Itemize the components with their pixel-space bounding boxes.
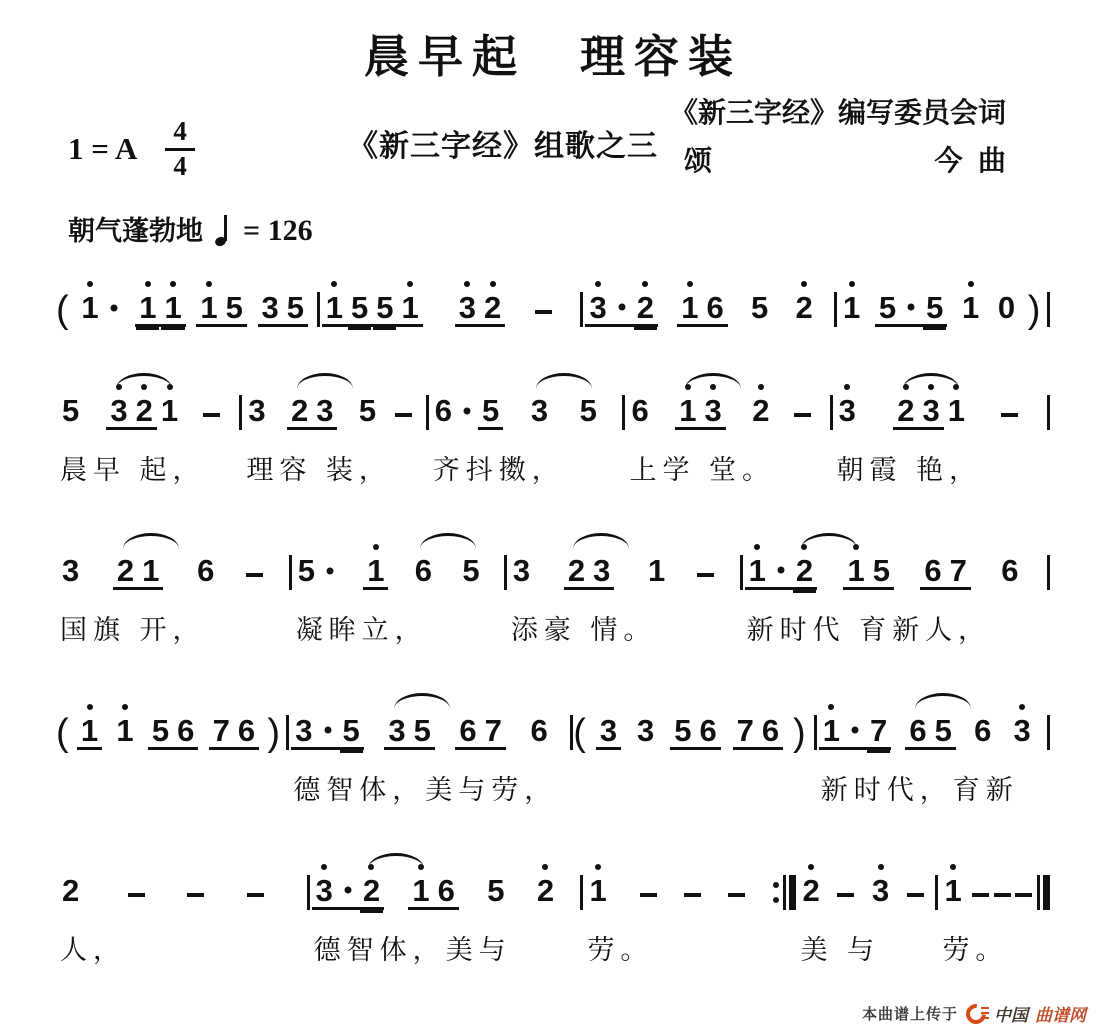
note: 7 <box>866 715 891 750</box>
note: 6 <box>997 555 1022 590</box>
note-group: 3 <box>1010 715 1035 750</box>
lyric-text: 理容 装， <box>242 448 428 487</box>
note-group: 2 <box>533 875 558 910</box>
note-group: 65 <box>431 395 504 430</box>
credits: 《新三字经》编写委员会词 颂 今 曲 <box>670 91 1050 179</box>
measure: (335676) <box>573 715 816 807</box>
note: 3 <box>58 555 83 590</box>
measure: 5321晨早 起， <box>56 395 242 487</box>
note: 5 <box>869 555 894 590</box>
note-group: 11 <box>135 292 186 327</box>
note: 1 <box>196 292 221 327</box>
note: 6 <box>173 715 198 750</box>
lyric-text <box>573 768 816 804</box>
note: 2 <box>798 875 823 910</box>
tempo-bpm: = 126 <box>243 214 313 248</box>
site-logo-icon <box>965 1003 987 1025</box>
note: 3 <box>585 292 610 327</box>
note: 2 <box>287 395 312 430</box>
site-name-dark: 中国 <box>994 1001 1028 1026</box>
key-time-signature: 1 = A 4 4 <box>68 117 195 181</box>
note: 6 <box>695 715 720 750</box>
lyric-text: 添豪 情。 <box>507 608 743 647</box>
note: 1 <box>958 292 983 327</box>
notes-row: 3235 <box>242 395 428 430</box>
note-group: 67 <box>920 555 971 590</box>
note: 2 <box>132 395 157 430</box>
notes-row: (115676) <box>56 715 289 750</box>
note-group: 16 <box>677 292 728 327</box>
note: 3 <box>589 555 614 590</box>
notation-line: 3216国旗 开，5165凝眸立，3231添豪 情。1215676新时代 育新人… <box>56 555 1050 647</box>
note-group: 3 <box>868 875 893 910</box>
note: 3 <box>312 395 337 430</box>
note: 7 <box>481 715 506 750</box>
note-group: 5 <box>355 395 380 430</box>
note-group: 231 <box>893 395 969 430</box>
note-group: 23 <box>287 395 338 430</box>
note-group: 15 <box>196 292 247 327</box>
note: 5 <box>372 292 397 327</box>
measure: 23美 与 <box>796 875 938 967</box>
note: 3 <box>244 395 269 430</box>
note-group: 5 <box>294 555 341 590</box>
duration-dash <box>246 573 263 578</box>
note: 6 <box>702 292 727 327</box>
slur-arc <box>123 533 179 549</box>
note-group: 35 <box>258 292 309 327</box>
note: 5 <box>58 395 83 430</box>
lyric-text: 劳。 <box>938 928 1050 967</box>
note-group: 65 <box>905 715 956 750</box>
tempo-mood-text: 朝气蓬勃地 <box>68 209 203 248</box>
note: 1 <box>940 875 965 910</box>
note-group: 1 <box>958 292 983 327</box>
note: 2 <box>480 292 505 327</box>
note: 6 <box>758 715 783 750</box>
composer-credit: 颂 今 曲 <box>670 131 1050 179</box>
note-group: 23 <box>564 555 615 590</box>
measure: 3216国旗 开， <box>56 555 292 647</box>
notes-row: 321652 <box>310 875 584 910</box>
note: 6 <box>411 555 436 590</box>
parenthesis: ( <box>56 294 69 327</box>
slur-arc <box>297 373 353 389</box>
note: 1 <box>585 875 610 910</box>
slur-arc <box>536 373 592 389</box>
lyric-text: 上学 堂。 <box>625 448 832 487</box>
note: 6 <box>234 715 259 750</box>
note: 1 <box>77 292 102 327</box>
note-group: 56 <box>148 715 199 750</box>
note-group: 5 <box>576 395 601 430</box>
parenthesis: ) <box>793 717 806 750</box>
note: 2 <box>748 395 773 430</box>
slur-arc <box>573 533 629 549</box>
duration-dash <box>728 893 745 898</box>
note-group: 76 <box>733 715 784 750</box>
note: 1 <box>135 292 160 327</box>
lyric-text: 国旗 开， <box>56 608 292 647</box>
lyric-text: 凝眸立， <box>292 608 507 647</box>
note: 1 <box>839 292 864 327</box>
note-group: 3 <box>244 395 269 430</box>
score-sheet: 晨早起 理容装 1 = A 4 4 《新三字经》组歌之三 《新三字经》编写委员会… <box>0 0 1100 967</box>
note: 1 <box>675 395 700 430</box>
final-barline <box>1037 875 1050 910</box>
lyric-text: 新时代 育新人， <box>743 608 1050 647</box>
thick-bar <box>1043 875 1050 910</box>
note: 2 <box>533 875 558 910</box>
note: 1 <box>408 875 433 910</box>
slur-arc <box>420 533 476 549</box>
notes-row: (335676) <box>573 715 816 750</box>
notes-row: 155132 <box>320 292 584 327</box>
lyric-text: 朝霞 艳， <box>833 448 1050 487</box>
barline <box>1047 555 1050 590</box>
note: 1 <box>644 555 669 590</box>
lyricist-credit: 《新三字经》编写委员会词 <box>670 91 1050 131</box>
score-header: 1 = A 4 4 《新三字经》组歌之三 《新三字经》编写委员会词 颂 今 曲 <box>56 93 1050 189</box>
note-group: 35 <box>291 715 364 750</box>
note: 3 <box>835 395 860 430</box>
note-group: 15 <box>843 555 894 590</box>
notes-row: 3535676 <box>289 715 573 750</box>
lyric-text <box>56 768 289 804</box>
note: 1 <box>944 395 969 430</box>
note-group: 55 <box>875 292 948 327</box>
note-group: 3 <box>633 715 658 750</box>
note-group: 32 <box>585 292 658 327</box>
measure: 2人， <box>56 875 310 967</box>
note: 3 <box>106 395 131 430</box>
note-group: 1551 <box>322 292 423 327</box>
key-signature: 1 = A <box>68 131 137 167</box>
slur-arc <box>915 693 971 709</box>
note: 5 <box>670 715 695 750</box>
duration-dash <box>535 310 552 315</box>
duration-dash <box>794 413 811 418</box>
slur-arc <box>368 853 424 869</box>
measure: 3535676德智体，美与劳， <box>289 715 573 807</box>
thin-bar <box>783 875 786 910</box>
augmentation-dot <box>319 555 341 590</box>
note: 5 <box>410 715 435 750</box>
note: 6 <box>431 395 456 430</box>
note: 1 <box>160 292 185 327</box>
barline <box>1047 292 1050 327</box>
upload-note-text: 本曲谱上传于 <box>862 1003 958 1024</box>
note: 2 <box>359 875 384 910</box>
note-group: 6 <box>627 395 652 430</box>
augmentation-dot <box>611 292 633 327</box>
measure: 1劳。 <box>583 875 796 967</box>
note: 6 <box>193 555 218 590</box>
note: 2 <box>893 395 918 430</box>
augmentation-dot <box>317 715 339 750</box>
composer-name-left: 颂 <box>684 139 712 179</box>
note: 5 <box>283 292 308 327</box>
note: 5 <box>458 555 483 590</box>
notes-row: 23 <box>796 875 938 910</box>
note: 3 <box>1010 715 1035 750</box>
parenthesis: ( <box>573 717 586 750</box>
note: 3 <box>455 292 480 327</box>
note-group: 5 <box>458 555 483 590</box>
song-title: 晨早起 理容装 <box>56 20 1050 85</box>
notes-row: 3216 <box>56 555 292 590</box>
note-group: 1 <box>585 875 610 910</box>
time-signature-denominator: 4 <box>173 151 187 182</box>
note-group: 5 <box>747 292 772 327</box>
quarter-note-icon <box>215 215 231 248</box>
measure: 3235理容 装， <box>242 395 428 487</box>
site-name-red: 曲谱网 <box>1035 1001 1086 1026</box>
notes-row: 1215676 <box>743 555 1050 590</box>
note: 6 <box>627 395 652 430</box>
time-signature-numerator: 4 <box>165 117 195 151</box>
note: 1 <box>112 715 137 750</box>
measure: 1劳。 <box>938 875 1050 967</box>
notation-line: (115676)3535676德智体，美与劳，(335676)176563新时代… <box>56 715 1050 807</box>
note-group: 1 <box>77 292 124 327</box>
note: 5 <box>355 395 380 430</box>
notes-row: 2 <box>56 875 310 910</box>
note: 6 <box>920 555 945 590</box>
note: 5 <box>875 292 900 327</box>
note: 3 <box>384 715 409 750</box>
note-group: 1 <box>940 875 965 910</box>
note: 5 <box>148 715 173 750</box>
note-group: 1 <box>363 555 388 590</box>
notation-line: (111153515513232165215510) <box>56 292 1050 327</box>
notes-row: 1 <box>583 875 796 910</box>
note: 3 <box>312 875 337 910</box>
note: 1 <box>322 292 347 327</box>
augmentation-dot <box>337 875 359 910</box>
barline <box>1047 715 1050 750</box>
measure: 1215676新时代 育新人， <box>743 555 1050 647</box>
thick-bar <box>789 875 796 910</box>
barline <box>1047 395 1050 430</box>
note-group: 1 <box>644 555 669 590</box>
thin-bar <box>1037 875 1040 910</box>
note-group: 56 <box>670 715 721 750</box>
note: 1 <box>138 555 163 590</box>
notes-row: 5165 <box>292 555 507 590</box>
lyric-text: 劳。 <box>583 928 796 967</box>
duration-dash <box>697 573 714 578</box>
duration-dash <box>972 893 989 898</box>
note: 2 <box>633 292 658 327</box>
note: 5 <box>922 292 947 327</box>
note: 6 <box>970 715 995 750</box>
lyric-text: 晨早 起， <box>56 448 242 487</box>
augmentation-dot <box>456 395 478 430</box>
duration-dash <box>247 893 264 898</box>
note-group: 6 <box>193 555 218 590</box>
measure: 176563新时代，育新 <box>817 715 1050 807</box>
note: 7 <box>946 555 971 590</box>
repeat-end-barline <box>772 875 796 910</box>
notes-row: 6535 <box>429 395 626 430</box>
measure: 155132 <box>320 292 584 327</box>
duration-dash <box>1015 893 1032 898</box>
duration-dash <box>907 893 924 898</box>
note-group: 3 <box>509 555 534 590</box>
note-group: 32 <box>312 875 385 910</box>
notes-row: 6132 <box>625 395 832 430</box>
note-group: 2 <box>798 875 823 910</box>
note: 5 <box>931 715 956 750</box>
note-group: 17 <box>819 715 892 750</box>
lyric-text: 新时代，育新 <box>817 768 1050 807</box>
note-group: 5 <box>483 875 508 910</box>
note: 5 <box>294 555 319 590</box>
tempo-marking: 朝气蓬勃地 = 126 <box>56 209 1050 248</box>
note: 5 <box>576 395 601 430</box>
note: 2 <box>791 292 816 327</box>
note: 1 <box>397 292 422 327</box>
note: 1 <box>745 555 770 590</box>
note-group: 2 <box>791 292 816 327</box>
note: 2 <box>792 555 817 590</box>
note-group: 3 <box>596 715 621 750</box>
note-group: 12 <box>745 555 818 590</box>
measure: (1111535 <box>56 292 320 327</box>
note: 0 <box>994 292 1019 327</box>
note-group: 2 <box>748 395 773 430</box>
note-group: 1 <box>839 292 864 327</box>
composer-name-right: 今 曲 <box>934 139 1006 179</box>
lyric-text: 德智体，美与 <box>310 928 584 967</box>
measure: (115676) <box>56 715 289 807</box>
score: (111153515513232165215510)5321晨早 起，3235理… <box>56 292 1050 967</box>
time-signature: 4 4 <box>165 117 195 181</box>
note: 2 <box>113 555 138 590</box>
augmentation-dot <box>844 715 866 750</box>
note: 1 <box>677 292 702 327</box>
parenthesis: ) <box>1028 294 1041 327</box>
duration-dash <box>1001 413 1018 418</box>
note: 3 <box>596 715 621 750</box>
note: 3 <box>868 875 893 910</box>
note: 1 <box>363 555 388 590</box>
measure: 5165凝眸立， <box>292 555 507 647</box>
duration-dash <box>128 893 145 898</box>
note-group: 67 <box>455 715 506 750</box>
lyric-text: 美 与 <box>796 928 938 967</box>
slur-arc <box>801 533 857 549</box>
note: 1 <box>843 555 868 590</box>
duration-dash <box>395 413 412 418</box>
note-group: 0 <box>994 292 1019 327</box>
lyric-text: 人， <box>56 928 310 967</box>
note: 3 <box>509 555 534 590</box>
note: 6 <box>434 875 459 910</box>
note: 3 <box>527 395 552 430</box>
notation-line: 5321晨早 起，3235理容 装，6535齐抖擞，6132上学 堂。3231朝… <box>56 395 1050 487</box>
note: 7 <box>209 715 234 750</box>
note-group: 32 <box>455 292 506 327</box>
duration-dash <box>684 893 701 898</box>
measure: 3231朝霞 艳， <box>833 395 1050 487</box>
measure: 6535齐抖擞， <box>429 395 626 487</box>
note: 2 <box>58 875 83 910</box>
note: 5 <box>222 292 247 327</box>
note-group: 5 <box>58 395 83 430</box>
note-group: 321 <box>106 395 182 430</box>
note-group: 6 <box>997 555 1022 590</box>
duration-dash <box>187 893 204 898</box>
note-group: 21 <box>113 555 164 590</box>
note-group: 1 <box>112 715 137 750</box>
notes-row: (1111535 <box>56 292 320 327</box>
notes-row: 3231 <box>833 395 1050 430</box>
measure: 321652 <box>583 292 837 327</box>
note-group: 76 <box>209 715 260 750</box>
lyric-text: 齐抖擞， <box>429 448 626 487</box>
note: 7 <box>733 715 758 750</box>
note-group: 16 <box>408 875 459 910</box>
duration-dash <box>837 893 854 898</box>
note-group: 1 <box>77 715 102 750</box>
note: 1 <box>77 715 102 750</box>
notation-line: 2人，321652德智体，美与1劳。23美 与1劳。 <box>56 875 1050 967</box>
note: 3 <box>701 395 726 430</box>
note-group: 3 <box>58 555 83 590</box>
notes-row: 15510) <box>837 292 1050 327</box>
notes-row: 321652 <box>583 292 837 327</box>
duration-dash <box>203 413 220 418</box>
note: 3 <box>291 715 316 750</box>
parenthesis: ( <box>56 717 69 750</box>
notes-row: 1 <box>938 875 1050 910</box>
note: 6 <box>526 715 551 750</box>
note-group: 6 <box>526 715 551 750</box>
note: 5 <box>347 292 372 327</box>
note-group: 13 <box>675 395 726 430</box>
note-group: 3 <box>835 395 860 430</box>
measure: 3231添豪 情。 <box>507 555 743 647</box>
notes-row: 176563 <box>817 715 1050 750</box>
note: 5 <box>339 715 364 750</box>
augmentation-dot <box>770 555 792 590</box>
note: 5 <box>478 395 503 430</box>
parenthesis: ) <box>267 717 280 750</box>
repeat-dots <box>772 875 780 910</box>
note-group: 35 <box>384 715 435 750</box>
slur-arc <box>394 693 450 709</box>
note: 3 <box>919 395 944 430</box>
augmentation-dot <box>103 292 125 327</box>
note-group: 6 <box>970 715 995 750</box>
duration-dash <box>994 893 1011 898</box>
note-group: 6 <box>411 555 436 590</box>
lyric-text: 德智体，美与劳， <box>289 768 573 807</box>
measure: 15510) <box>837 292 1050 327</box>
note: 3 <box>258 292 283 327</box>
measure: 6132上学 堂。 <box>625 395 832 487</box>
note: 1 <box>157 395 182 430</box>
note: 1 <box>819 715 844 750</box>
note: 5 <box>483 875 508 910</box>
notes-row: 3231 <box>507 555 743 590</box>
augmentation-dot <box>900 292 922 327</box>
duration-dash <box>640 893 657 898</box>
watermark: 本曲谱上传于 中国 曲谱网 <box>862 1001 1086 1026</box>
note-group: 2 <box>58 875 83 910</box>
